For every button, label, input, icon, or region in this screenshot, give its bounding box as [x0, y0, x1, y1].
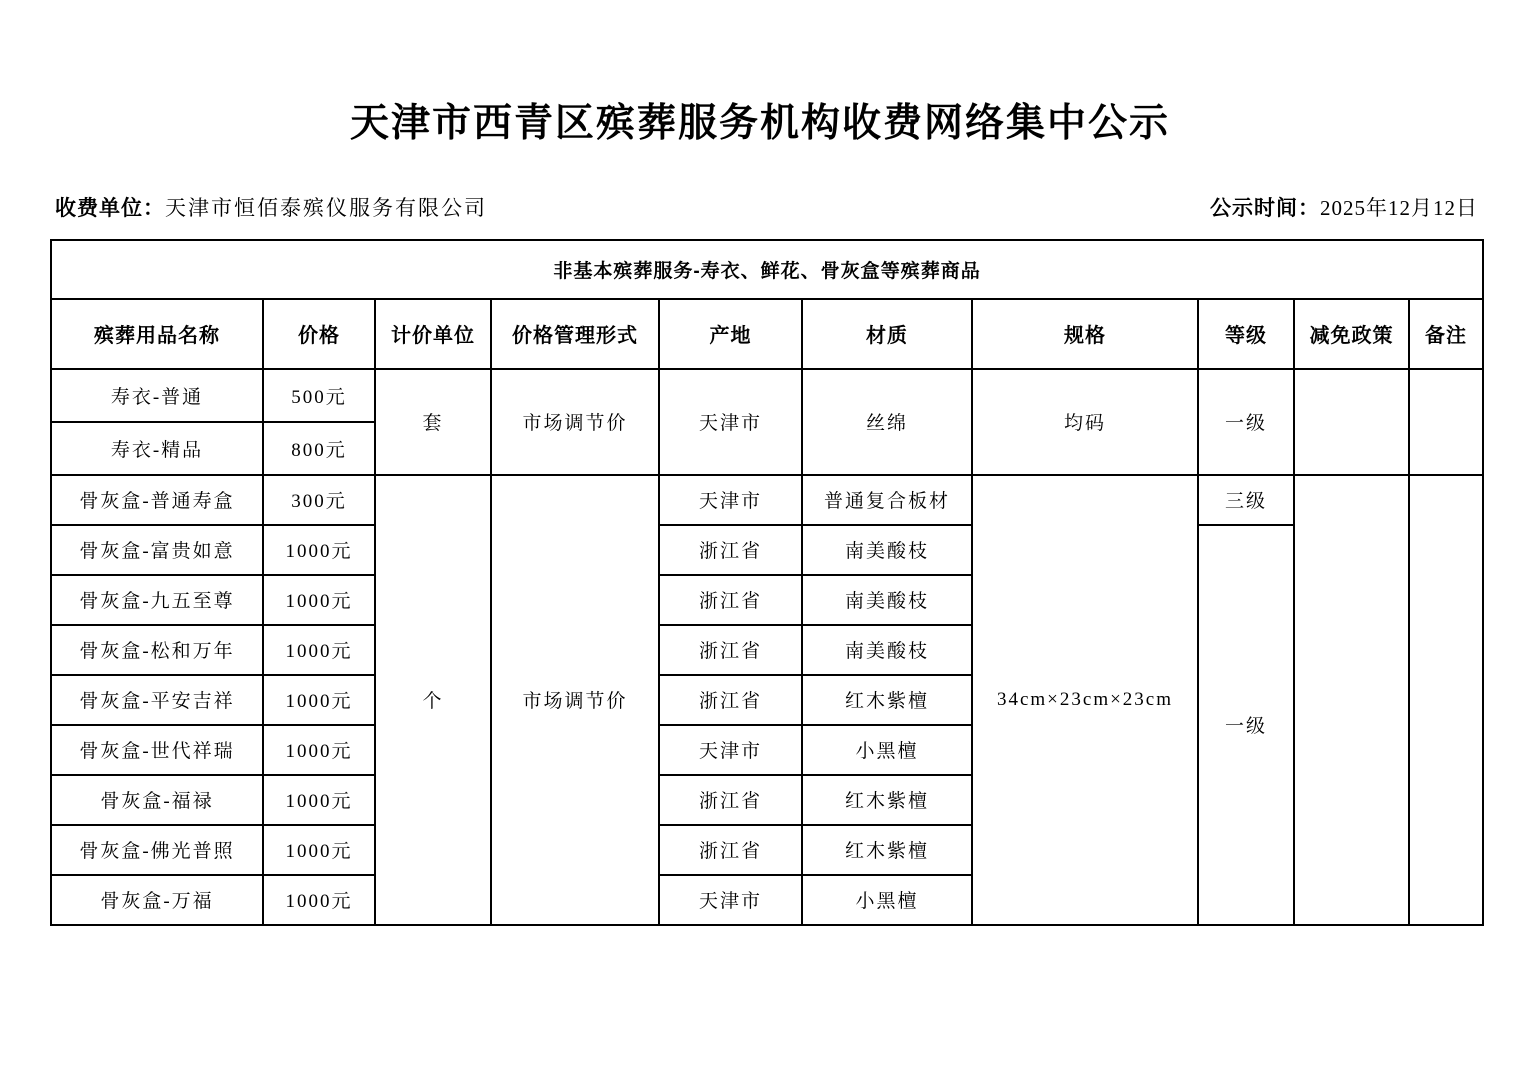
col-header-remark: 备注: [1409, 299, 1483, 369]
charging-unit: 收费单位：天津市恒佰泰殡仪服务有限公司: [55, 192, 487, 222]
cell-item-name: 骨灰盒-富贵如意: [51, 525, 263, 575]
cell-item-name: 寿衣-精品: [51, 422, 263, 475]
cell-material: 小黑檀: [802, 725, 972, 775]
section-title-row: 非基本殡葬服务-寿衣、鲜花、骨灰盒等殡葬商品: [51, 240, 1483, 299]
cell-pricing-unit: 套: [375, 369, 491, 475]
cell-price: 800元: [263, 422, 375, 475]
cell-grade: 一级: [1198, 369, 1294, 475]
cell-material: 红木紫檀: [802, 825, 972, 875]
cell-origin: 天津市: [659, 475, 802, 525]
cell-item-name: 骨灰盒-福禄: [51, 775, 263, 825]
cell-price: 1000元: [263, 675, 375, 725]
cell-price-mgmt: 市场调节价: [491, 369, 659, 475]
price-table: 非基本殡葬服务-寿衣、鲜花、骨灰盒等殡葬商品 殡葬用品名称 价格 计价单位 价格…: [50, 239, 1484, 926]
col-header-item-name: 殡葬用品名称: [51, 299, 263, 369]
cell-price: 1000元: [263, 625, 375, 675]
cell-item-name: 骨灰盒-佛光普照: [51, 825, 263, 875]
cell-origin: 天津市: [659, 369, 802, 475]
cell-price: 1000元: [263, 525, 375, 575]
table-row: 寿衣-普通 500元 套 市场调节价 天津市 丝绵 均码 一级: [51, 369, 1483, 422]
meta-row: 收费单位：天津市恒佰泰殡仪服务有限公司 公示时间：2025年12月12日: [55, 192, 1478, 222]
cell-material: 红木紫檀: [802, 775, 972, 825]
cell-remark-empty: [1409, 369, 1483, 475]
cell-material: 普通复合板材: [802, 475, 972, 525]
cell-material: 丝绵: [802, 369, 972, 475]
page-title: 天津市西青区殡葬服务机构收费网络集中公示: [0, 0, 1520, 146]
cell-discount-policy-empty: [1294, 369, 1409, 475]
cell-price: 1000元: [263, 575, 375, 625]
cell-price: 1000元: [263, 725, 375, 775]
col-header-price-mgmt: 价格管理形式: [491, 299, 659, 369]
cell-item-name: 骨灰盒-九五至尊: [51, 575, 263, 625]
cell-origin: 天津市: [659, 875, 802, 925]
cell-origin: 浙江省: [659, 525, 802, 575]
cell-item-name: 骨灰盒-松和万年: [51, 625, 263, 675]
cell-grade: 一级: [1198, 525, 1294, 925]
cell-item-name: 骨灰盒-平安吉祥: [51, 675, 263, 725]
cell-price: 1000元: [263, 825, 375, 875]
cell-pricing-unit: 个: [375, 475, 491, 925]
cell-price: 500元: [263, 369, 375, 422]
col-header-material: 材质: [802, 299, 972, 369]
cell-grade: 三级: [1198, 475, 1294, 525]
cell-material: 南美酸枝: [802, 525, 972, 575]
cell-price: 1000元: [263, 875, 375, 925]
column-header-row: 殡葬用品名称 价格 计价单位 价格管理形式 产地 材质 规格 等级 减免政策 备…: [51, 299, 1483, 369]
cell-spec: 34cm×23cm×23cm: [972, 475, 1198, 925]
cell-material: 南美酸枝: [802, 625, 972, 675]
col-header-grade: 等级: [1198, 299, 1294, 369]
publicity-time-label: 公示时间：: [1210, 197, 1320, 220]
cell-discount-policy-empty: [1294, 475, 1409, 925]
col-header-origin: 产地: [659, 299, 802, 369]
cell-origin: 浙江省: [659, 625, 802, 675]
cell-price-mgmt: 市场调节价: [491, 475, 659, 925]
cell-material: 南美酸枝: [802, 575, 972, 625]
col-header-price: 价格: [263, 299, 375, 369]
cell-origin: 天津市: [659, 725, 802, 775]
cell-item-name: 骨灰盒-普通寿盒: [51, 475, 263, 525]
col-header-pricing-unit: 计价单位: [375, 299, 491, 369]
publicity-time: 公示时间：2025年12月12日: [1210, 192, 1478, 222]
cell-material: 红木紫檀: [802, 675, 972, 725]
cell-origin: 浙江省: [659, 825, 802, 875]
col-header-discount-policy: 减免政策: [1294, 299, 1409, 369]
col-header-spec: 规格: [972, 299, 1198, 369]
table-row: 骨灰盒-普通寿盒 300元 个 市场调节价 天津市 普通复合板材 34cm×23…: [51, 475, 1483, 525]
cell-item-name: 骨灰盒-世代祥瑞: [51, 725, 263, 775]
table-section-title: 非基本殡葬服务-寿衣、鲜花、骨灰盒等殡葬商品: [51, 240, 1483, 299]
cell-origin: 浙江省: [659, 675, 802, 725]
charging-unit-label: 收费单位：: [55, 197, 165, 220]
table-row: 骨灰盒-富贵如意 1000元 浙江省 南美酸枝 一级: [51, 525, 1483, 575]
cell-item-name: 寿衣-普通: [51, 369, 263, 422]
cell-material: 小黑檀: [802, 875, 972, 925]
cell-price: 300元: [263, 475, 375, 525]
cell-origin: 浙江省: [659, 575, 802, 625]
publicity-time-value: 2025年12月12日: [1320, 196, 1478, 220]
charging-unit-value: 天津市恒佰泰殡仪服务有限公司: [165, 196, 487, 220]
cell-origin: 浙江省: [659, 775, 802, 825]
cell-price: 1000元: [263, 775, 375, 825]
cell-spec: 均码: [972, 369, 1198, 475]
cell-remark-empty: [1409, 475, 1483, 925]
cell-item-name: 骨灰盒-万福: [51, 875, 263, 925]
